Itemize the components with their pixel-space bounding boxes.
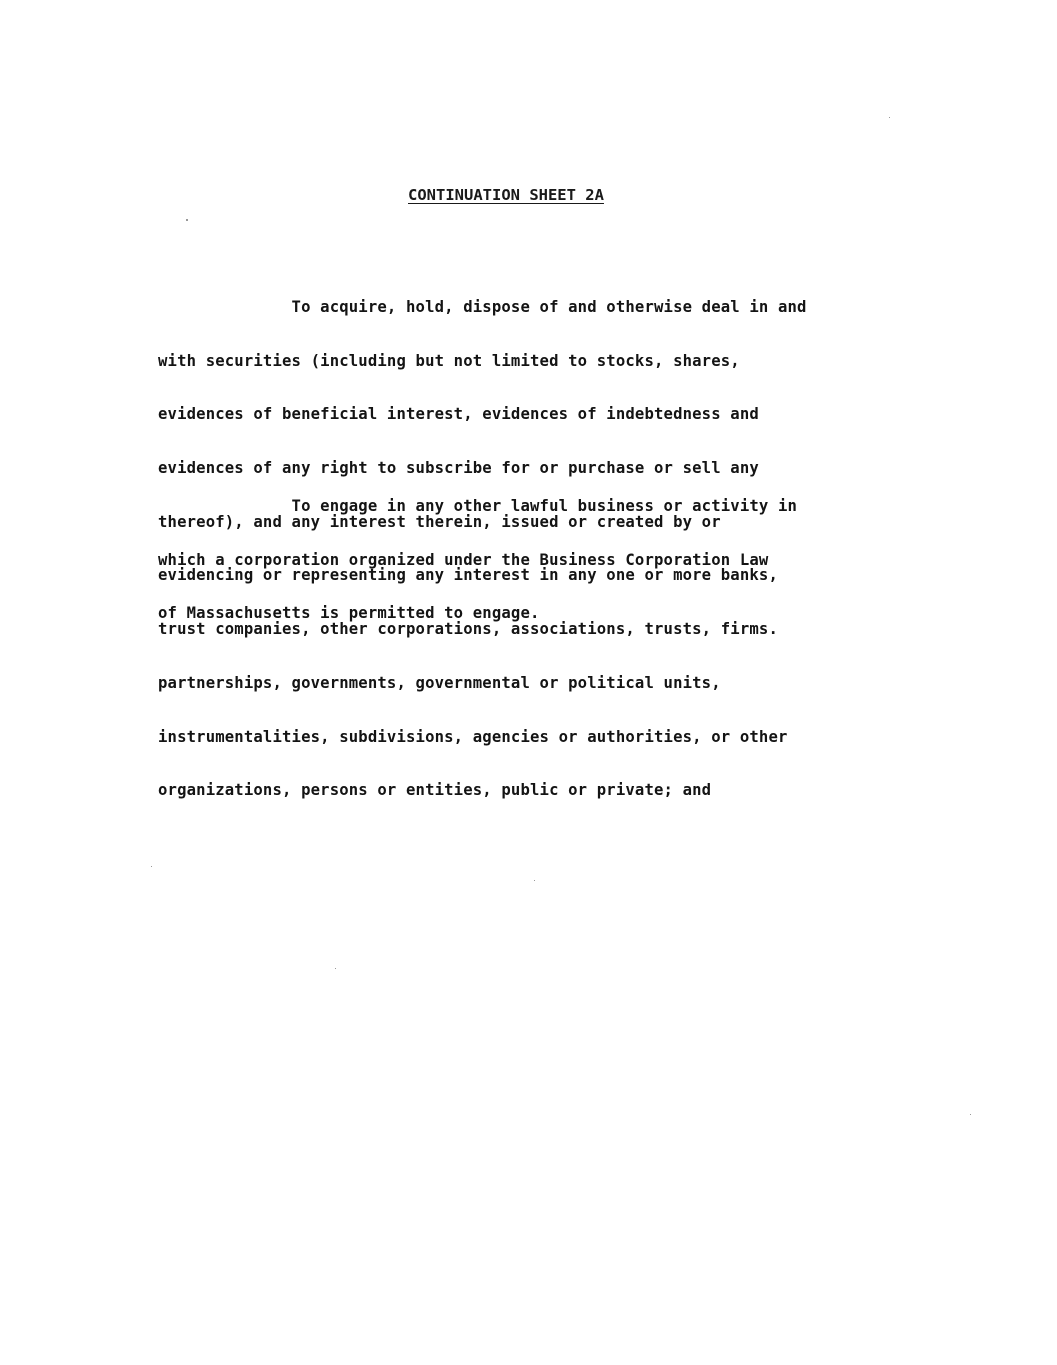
scan-speck xyxy=(970,1114,971,1115)
scan-speck xyxy=(186,219,188,221)
text-line: of Massachusetts is permitted to engage. xyxy=(158,605,797,623)
text-line: evidences of beneficial interest, eviden… xyxy=(158,406,807,424)
scan-speck xyxy=(545,684,546,685)
text-line: which a corporation organized under the … xyxy=(158,552,797,570)
paragraph-lawful-business: To engage in any other lawful business o… xyxy=(158,462,797,659)
text-line: organizations, persons or entities, publ… xyxy=(158,782,807,800)
text-line: To acquire, hold, dispose of and otherwi… xyxy=(158,299,807,317)
text-line: To engage in any other lawful business o… xyxy=(158,498,797,516)
text-line: instrumentalities, subdivisions, agencie… xyxy=(158,729,807,747)
scan-speck xyxy=(534,880,535,881)
scan-speck xyxy=(889,117,890,118)
text-line: with securities (including but not limit… xyxy=(158,353,807,371)
page-title: CONTINUATION SHEET 2A xyxy=(408,186,604,204)
document-page: CONTINUATION SHEET 2A To acquire, hold, … xyxy=(0,0,1057,1365)
scan-speck xyxy=(151,866,152,867)
scan-speck xyxy=(335,968,336,969)
text-line: partnerships, governments, governmental … xyxy=(158,675,807,693)
